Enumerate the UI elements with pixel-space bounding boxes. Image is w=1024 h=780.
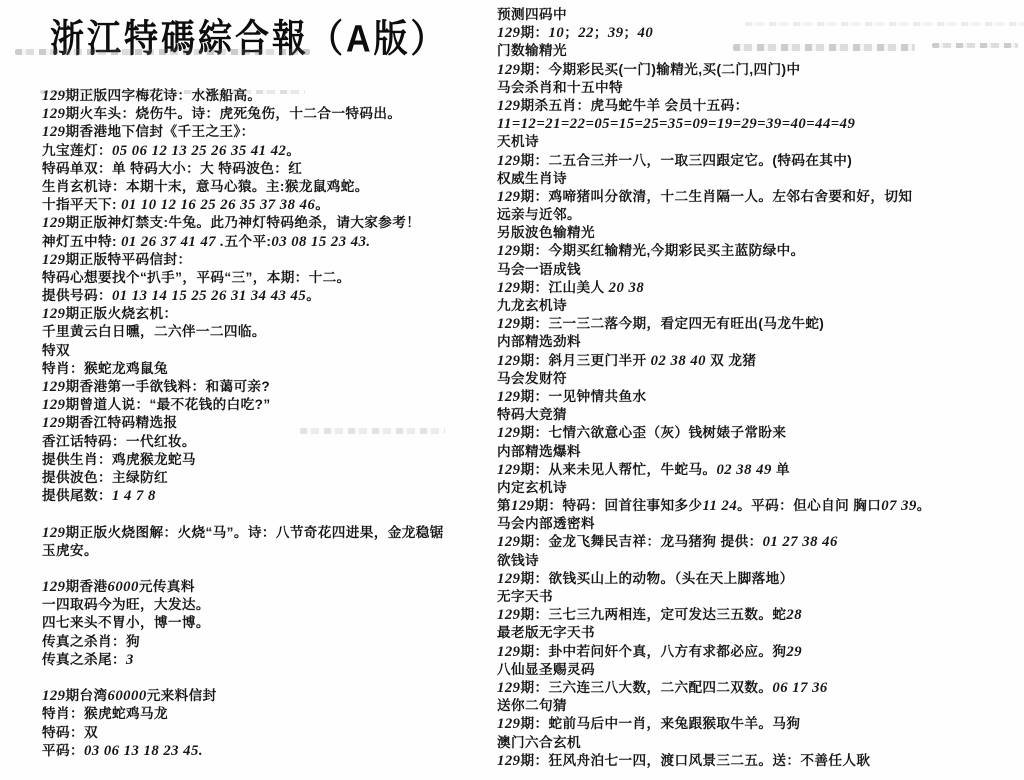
text-line: 四七来头不胃小，博一博。 <box>42 614 517 632</box>
text-line: 提供号码：01 13 14 15 25 26 31 34 43 45。 <box>42 287 517 305</box>
text-line: 129期杀五肖：虎马蛇牛羊 会员十五码： <box>497 97 1024 115</box>
number-run: 129 <box>42 306 66 322</box>
number-run: 22 <box>578 25 594 41</box>
number-run: 3 <box>126 652 134 668</box>
number-run: 129 <box>497 189 521 205</box>
text-line: 129期：欲钱买山上的动物。（头在天上脚落地） <box>497 570 1024 588</box>
number-run: 02 38 49 <box>716 462 776 478</box>
text-line: 129期：今期彩民买(一门)输精光,买(二门,四门)中 <box>497 61 1024 79</box>
text-line: 特肖：猴虎蛇鸡马龙 <box>42 705 517 723</box>
text-line: 八仙显圣赐灵码 <box>497 661 1024 679</box>
text-line: 特双 <box>42 342 517 360</box>
text-line: 特码心想要找个“扒手”，平码“三”，本期：十二。 <box>42 269 517 287</box>
number-run: 129 <box>497 571 521 587</box>
number-run: 129 <box>42 124 66 140</box>
number-run: 129 <box>497 607 521 623</box>
number-run: 01 13 14 15 25 26 31 34 43 45 <box>112 288 306 304</box>
text-line: 权威生肖诗 <box>497 170 1024 188</box>
number-run: 129 <box>42 688 66 704</box>
text-line: 送你二句猜 <box>497 697 1024 715</box>
text-line: 129期：10；22；39；40 <box>497 24 1024 42</box>
text-line <box>42 505 517 523</box>
number-run: 05 06 12 13 25 26 35 41 42 <box>112 143 286 159</box>
right-column: 预测四码中129期：10；22；39；40门数输精光129期：今期彩民买(一门)… <box>497 6 1024 770</box>
number-run: 129 <box>497 644 521 660</box>
text-line: 传真之杀尾：3 <box>42 651 517 669</box>
text-line: 129期正版火烧玄机： <box>42 305 517 323</box>
number-run: 1 4 7 8 <box>112 488 156 504</box>
number-run: 40 <box>638 25 654 41</box>
number-run: 07 39 <box>881 498 917 514</box>
number-run: 39 <box>608 25 624 41</box>
number-run: 129 <box>497 316 521 332</box>
number-run: 11 24 <box>702 498 737 514</box>
number-run: 129 <box>497 153 521 169</box>
text-line: 玉虎安。 <box>42 542 517 560</box>
number-run: 60000 <box>108 688 147 704</box>
number-run: 129 <box>511 498 535 514</box>
text-line: 特码单双：单 特码大小：大 特码波色：红 <box>42 160 517 178</box>
text-line: 特码大竞猜 <box>497 406 1024 424</box>
text-line: 澳门六合玄机 <box>497 734 1024 752</box>
text-line: 129期：三一三二落今期，看定四无有旺出(马龙牛蛇) <box>497 315 1024 333</box>
number-run: 129 <box>42 252 66 268</box>
number-run: 129 <box>497 389 521 405</box>
number-run: 20 38 <box>609 280 645 296</box>
number-run: 28 <box>786 607 802 623</box>
text-line: 马会杀肖和十五中特 <box>497 79 1024 97</box>
text-line: 129期香港第一手欲钱料：和蔼可亲? <box>42 378 517 396</box>
text-line: 129期：金龙飞舞民吉祥：龙马猪狗 提供：01 27 38 46 <box>497 533 1024 551</box>
number-run: 129 <box>497 243 521 259</box>
number-run: 129 <box>42 415 66 431</box>
number-run: 129 <box>497 716 521 732</box>
number-run: 06 17 36 <box>772 680 827 696</box>
text-line: 马会内部透密料 <box>497 515 1024 533</box>
number-run: 129 <box>42 579 66 595</box>
text-line: 马会发财符 <box>497 370 1024 388</box>
number-run: 129 <box>497 98 521 114</box>
number-run: 129 <box>497 25 521 41</box>
text-line: 特码：双 <box>42 724 517 742</box>
scan-smudge <box>15 49 310 55</box>
text-line: 内部精选劲料 <box>497 333 1024 351</box>
text-line: 11=12=21=22=05=15=25=35=09=19=29=39=40=4… <box>497 115 1024 133</box>
number-run: 01 10 12 16 25 26 35 37 38 46 <box>121 197 315 213</box>
number-run: 129 <box>42 215 66 231</box>
text-line: 129期正版特平码信封： <box>42 251 517 269</box>
number-run: 10 <box>549 25 565 41</box>
text-line: 另版波色输精光 <box>497 224 1024 242</box>
text-line: 129期香江特码精选报 <box>42 414 517 432</box>
text-line: 129期：鸡啼猪叫分欲清，十二生肖隔一人。左邻右舍要和好，切知 <box>497 188 1024 206</box>
text-line: 内定玄机诗 <box>497 479 1024 497</box>
number-run: 129 <box>497 425 521 441</box>
text-line: 129期：斜月三更门半开 02 38 40 双 龙猪 <box>497 352 1024 370</box>
text-line: 特肖：猴蛇龙鸡鼠兔 <box>42 360 517 378</box>
text-line <box>42 669 517 687</box>
text-line: 马会一语成钱 <box>497 261 1024 279</box>
text-line: 129期：三六连三八大数，二六配四二双数。06 17 36 <box>497 679 1024 697</box>
number-run: 01 26 37 41 47 . <box>121 234 224 250</box>
number-run: 29 <box>786 644 802 660</box>
text-line: 传真之杀肖：狗 <box>42 633 517 651</box>
text-line: 129期正版火烧图解：火烧“马”。诗：八节奇花四进果，金龙稳锯 <box>42 524 517 542</box>
text-line: 129期：蛇前马后中一肖，来兔跟猴取牛羊。马狗 <box>497 715 1024 733</box>
text-line: 129期正版神灯禁支:牛兔。此乃神灯特码绝杀，请大家参考！ <box>42 214 517 232</box>
text-line: 129期：一见钟情共鱼水 <box>497 388 1024 406</box>
text-line: 门数输精光 <box>497 42 1024 60</box>
text-line: 天机诗 <box>497 133 1024 151</box>
text-line: 内部精选爆料 <box>497 443 1024 461</box>
text-line: 无字天书 <box>497 588 1024 606</box>
text-line: 129期台湾60000元来料信封 <box>42 687 517 705</box>
text-line: 提供尾数：1 4 7 8 <box>42 487 517 505</box>
text-line: 九宝莲灯：05 06 12 13 25 26 35 41 42。 <box>42 142 517 160</box>
number-run: 02 38 40 <box>651 353 711 369</box>
number-run: 129 <box>42 525 66 541</box>
number-run: 129 <box>497 753 521 769</box>
number-run: 11=12=21=22=05=15=25=35=09=19=29=39=40=4… <box>497 116 855 132</box>
text-line: 平码：03 06 13 18 23 45. <box>42 742 517 760</box>
text-line: 129期香港6000元传真料 <box>42 578 517 596</box>
text-line: 远亲与近邻。 <box>497 206 1024 224</box>
text-line: 129期：三七三九两相连，定可发达三五数。蛇28 <box>497 606 1024 624</box>
number-run: 129 <box>497 280 521 296</box>
number-run: 6000 <box>108 579 139 595</box>
text-line: 生肖玄机诗：本期十末，意马心猿。主:猴龙鼠鸡蛇。 <box>42 178 517 196</box>
text-line: 最老版无字天书 <box>497 624 1024 642</box>
text-line: 神灯五中特: 01 26 37 41 47 .五个平:03 08 15 23 4… <box>42 233 517 251</box>
text-line: 129期：江山美人 20 38 <box>497 279 1024 297</box>
text-line: 129期：狂风舟泊七一四，渡口风景三二五。送：不善任人耿 <box>497 752 1024 770</box>
text-line: 129期香港地下信封《千王之王》： <box>42 123 517 141</box>
text-line: 129期：二五合三并一八，一取三四跟定它。(特码在其中) <box>497 152 1024 170</box>
number-run: 129 <box>42 397 66 413</box>
text-line <box>42 560 517 578</box>
text-line: 129期曾道人说：“最不花钱的白吃?” <box>42 396 517 414</box>
number-run: 03 06 13 18 23 45. <box>84 743 203 759</box>
text-line: 129期：卦中若问奸个真，八方有求都必应。狗29 <box>497 643 1024 661</box>
number-run: 129 <box>497 462 521 478</box>
text-line: 129期：从来未见人帮忙，牛蛇马。02 38 49 单 <box>497 461 1024 479</box>
number-run: 129 <box>497 353 521 369</box>
text-line: 九龙玄机诗 <box>497 297 1024 315</box>
number-run: 129 <box>42 88 66 104</box>
number-run: 129 <box>42 379 66 395</box>
text-line: 提供波色：主绿防红 <box>42 469 517 487</box>
text-line: 千里黄云白日曛，二六伴一二四临。 <box>42 323 517 341</box>
text-line: 129期火车头：烧伤牛。诗：虎死兔伤，十二合一特码出。 <box>42 105 517 123</box>
number-run: 129 <box>497 534 521 550</box>
number-run: 129 <box>497 680 521 696</box>
text-line: 129期：今期买红输精光,今期彩民买主蓝防绿中。 <box>497 242 1024 260</box>
number-run: 01 27 38 46 <box>763 534 838 550</box>
text-line: 第129期：特码：回首往事知多少11 24。平码：但心自问 胸口07 39。 <box>497 497 1024 515</box>
number-run: 03 08 15 23 43. <box>271 234 370 250</box>
text-line: 提供生肖：鸡虎猴龙蛇马 <box>42 451 517 469</box>
left-column: 129期正版四字梅花诗：水涨船高。129期火车头：烧伤牛。诗：虎死兔伤，十二合一… <box>42 87 517 760</box>
number-run: 129 <box>42 106 66 122</box>
text-line: 129期：七情六欲意心歪（灰）钱树婊子常盼来 <box>497 424 1024 442</box>
text-line: 欲钱诗 <box>497 552 1024 570</box>
text-line: 一四取码今为旺，大发达。 <box>42 596 517 614</box>
text-line: 香江话特码：一代红妆。 <box>42 433 517 451</box>
number-run: 129 <box>497 62 521 78</box>
text-line: 预测四码中 <box>497 6 1024 24</box>
newspaper-page: 浙江特碼綜合報（A版） 129期正版四字梅花诗：水涨船高。129期火车头：烧伤牛… <box>0 0 1024 780</box>
text-line: 129期正版四字梅花诗：水涨船高。 <box>42 87 517 105</box>
text-line: 十指平天下: 01 10 12 16 25 26 35 37 38 46。 <box>42 196 517 214</box>
